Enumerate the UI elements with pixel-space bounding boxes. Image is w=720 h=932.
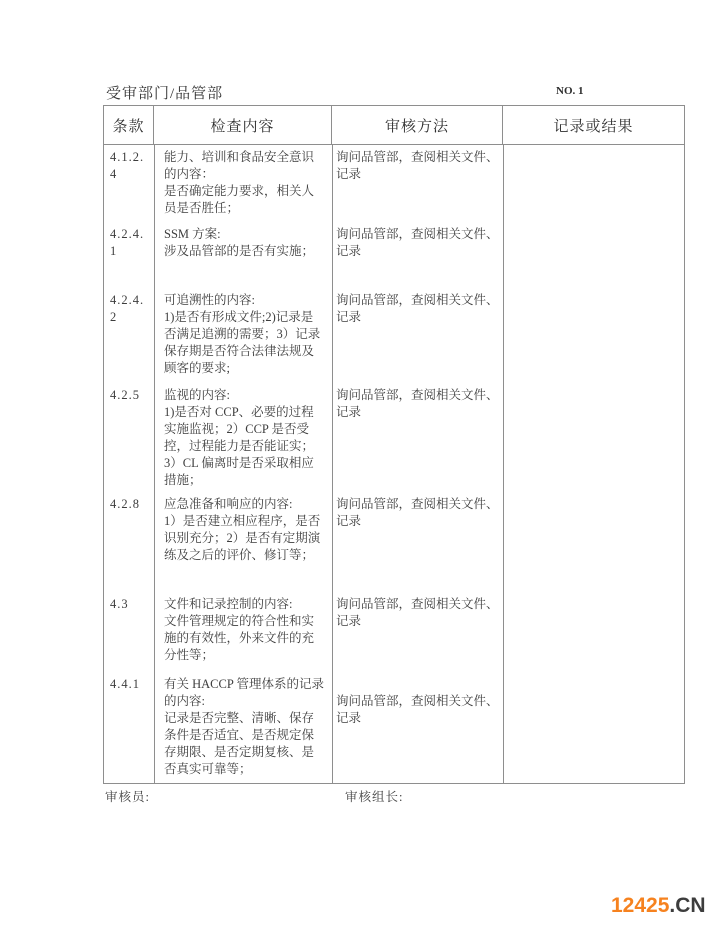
lead-auditor-signature-label: 审核组长:	[345, 787, 403, 805]
method-cell: 询问品管部，查阅相关文件、 记录	[336, 496, 501, 530]
clause-cell: 4.2.4. 2	[110, 292, 154, 326]
table-body: 4.1.2. 4 能力、培训和食品安全意识 的内容： 是否确定能力要求，相关人 …	[104, 145, 684, 783]
clause-cell: 4.1.2. 4	[110, 149, 154, 183]
watermark-suffix: .CN	[669, 894, 705, 917]
column-divider-1	[154, 145, 155, 783]
clause-cell: 4.2.4. 1	[110, 226, 154, 260]
method-cell: 询问品管部，查阅相关文件、 记录	[336, 149, 501, 183]
document-page: { "page": { "title": "受审部门/品管部", "page_n…	[0, 0, 720, 932]
clause-cell: 4.4.1	[110, 676, 154, 693]
method-cell: 询问品管部，查阅相关文件、 记录	[336, 693, 501, 727]
column-header-content: 检查内容	[154, 106, 332, 144]
site-watermark: 12425.CN	[611, 894, 706, 918]
content-cell: 能力、培训和食品安全意识 的内容： 是否确定能力要求，相关人 员是否胜任；	[164, 149, 331, 217]
content-cell: 监视的内容: 1)是否对 CCP、必要的过程 实施监视；2）CCP 是否受 控，…	[164, 387, 331, 489]
method-cell: 询问品管部，查阅相关文件、 记录	[336, 596, 501, 630]
clause-cell: 4.2.5	[110, 387, 154, 404]
page-title: 受审部门/品管部	[106, 82, 223, 103]
content-cell: 可追溯性的内容: 1)是否有形成文件;2)记录是 否满足追溯的需要；3）记录 保…	[164, 292, 331, 377]
method-cell: 询问品管部，查阅相关文件、 记录	[336, 226, 501, 260]
content-cell: SSM 方案: 涉及品管部的是否有实施；	[164, 226, 331, 260]
method-cell: 询问品管部，查阅相关文件、 记录	[336, 387, 501, 421]
column-divider-3	[503, 145, 504, 783]
content-cell: 应急准备和响应的内容: 1）是否建立相应程序，是否 识别充分；2）是否有定期演 …	[164, 496, 331, 564]
clause-cell: 4.3	[110, 596, 154, 613]
watermark-number: 12425	[611, 894, 669, 917]
column-header-clause: 条款	[104, 106, 154, 144]
page-number: NO. 1	[556, 85, 584, 97]
column-header-result: 记录或结果	[503, 106, 684, 144]
column-divider-2	[332, 145, 333, 783]
table-header-row: 条款 检查内容 审核方法 记录或结果	[104, 106, 684, 145]
clause-cell: 4.2.8	[110, 496, 154, 513]
method-cell: 询问品管部，查阅相关文件、 记录	[336, 292, 501, 326]
content-cell: 文件和记录控制的内容: 文件管理规定的符合性和实 施的有效性，外来文件的充 分性…	[164, 596, 331, 664]
column-header-method: 审核方法	[332, 106, 503, 144]
audit-checklist-table: 条款 检查内容 审核方法 记录或结果 4.1.2. 4 能力、培训和食品安全意识…	[103, 105, 685, 784]
auditor-signature-label: 审核员:	[105, 787, 150, 805]
content-cell: 有关 HACCP 管理体系的记录 的内容: 记录是否完整、清晰、保存 条件是否适…	[164, 676, 331, 778]
